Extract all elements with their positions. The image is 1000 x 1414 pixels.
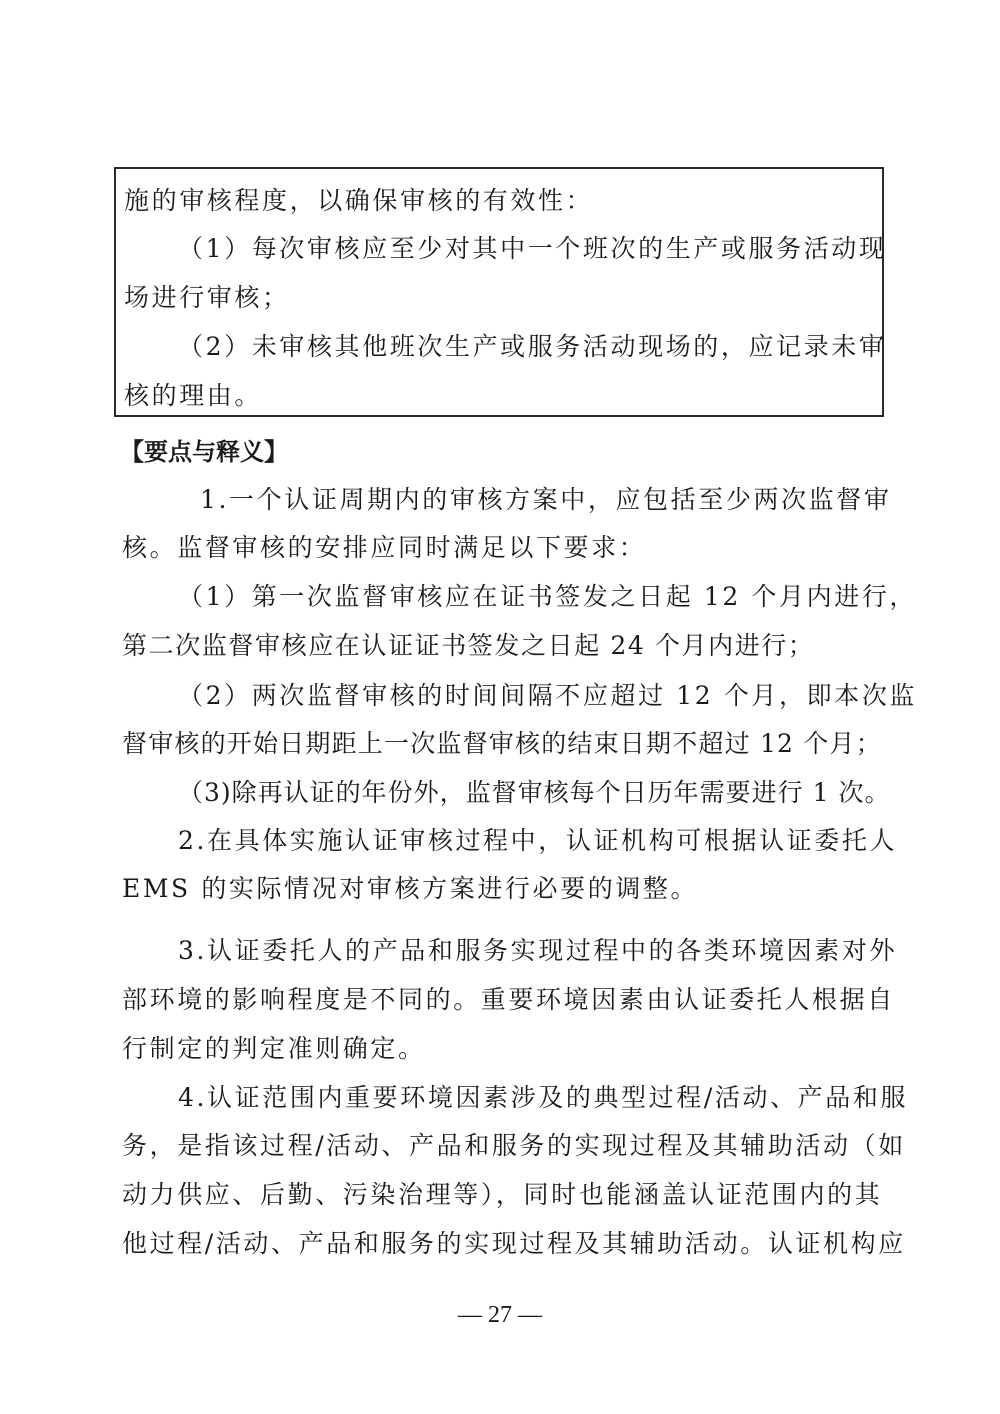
body-line: 第二次监督审核应在认证证书签发之日起 24 个月内进行； <box>122 631 815 661</box>
body-line: 督审核的开始日期距上一次监督审核的结束日期不超过 12 个月； <box>122 729 882 759</box>
body-line: 行制定的判定准则确定。 <box>122 1034 426 1064</box>
body-line: 2.在具体实施认证审核过程中，认证机构可根据认证委托人 <box>178 826 897 856</box>
section-heading: 【要点与释义】 <box>120 437 288 467</box>
body-line: 部环境的影响程度是不同的。重要环境因素由认证委托人根据自 <box>122 985 895 1015</box>
body-line: （2）两次监督审核的时间间隔不应超过 12 个月，即本次监 <box>178 681 917 711</box>
body-line: 他过程/活动、产品和服务的实现过程及其辅助活动。认证机构应 <box>122 1229 906 1259</box>
clause-line: 场进行审核； <box>124 283 290 313</box>
body-line: EMS 的实际情况对审核方案进行必要的调整。 <box>122 874 698 904</box>
clause-line: （1）每次审核应至少对其中一个班次的生产或服务活动现 <box>178 234 887 264</box>
clause-line: 核的理由。 <box>124 381 262 411</box>
body-line: 1.一个认证周期内的审核方案中，应包括至少两次监督审 <box>200 485 891 515</box>
page-number: — 27 — <box>0 1302 1000 1329</box>
body-line: （1）第一次监督审核应在证书签发之日起 12 个月内进行， <box>178 582 917 612</box>
clause-line: 施的审核程度，以确保审核的有效性： <box>124 186 593 216</box>
body-line: 核。监督审核的安排应同时满足以下要求： <box>122 533 646 563</box>
body-line: 4.认证范围内重要环境因素涉及的典型过程/活动、产品和服 <box>178 1083 908 1113</box>
body-line: 3.认证委托人的产品和服务实现过程中的各类环境因素对外 <box>178 936 897 966</box>
body-line: （3)除再认证的年份外，监督审核每个日历年需要进行 1 次。 <box>178 778 890 808</box>
clause-line: （2）未审核其他班次生产或服务活动现场的，应记录未审 <box>178 332 887 362</box>
body-line: 务，是指该过程/活动、产品和服务的实现过程及其辅助活动（如 <box>122 1131 906 1161</box>
body-line: 动力供应、后勤、污染治理等），同时也能涵盖认证范围内的其 <box>122 1180 882 1210</box>
